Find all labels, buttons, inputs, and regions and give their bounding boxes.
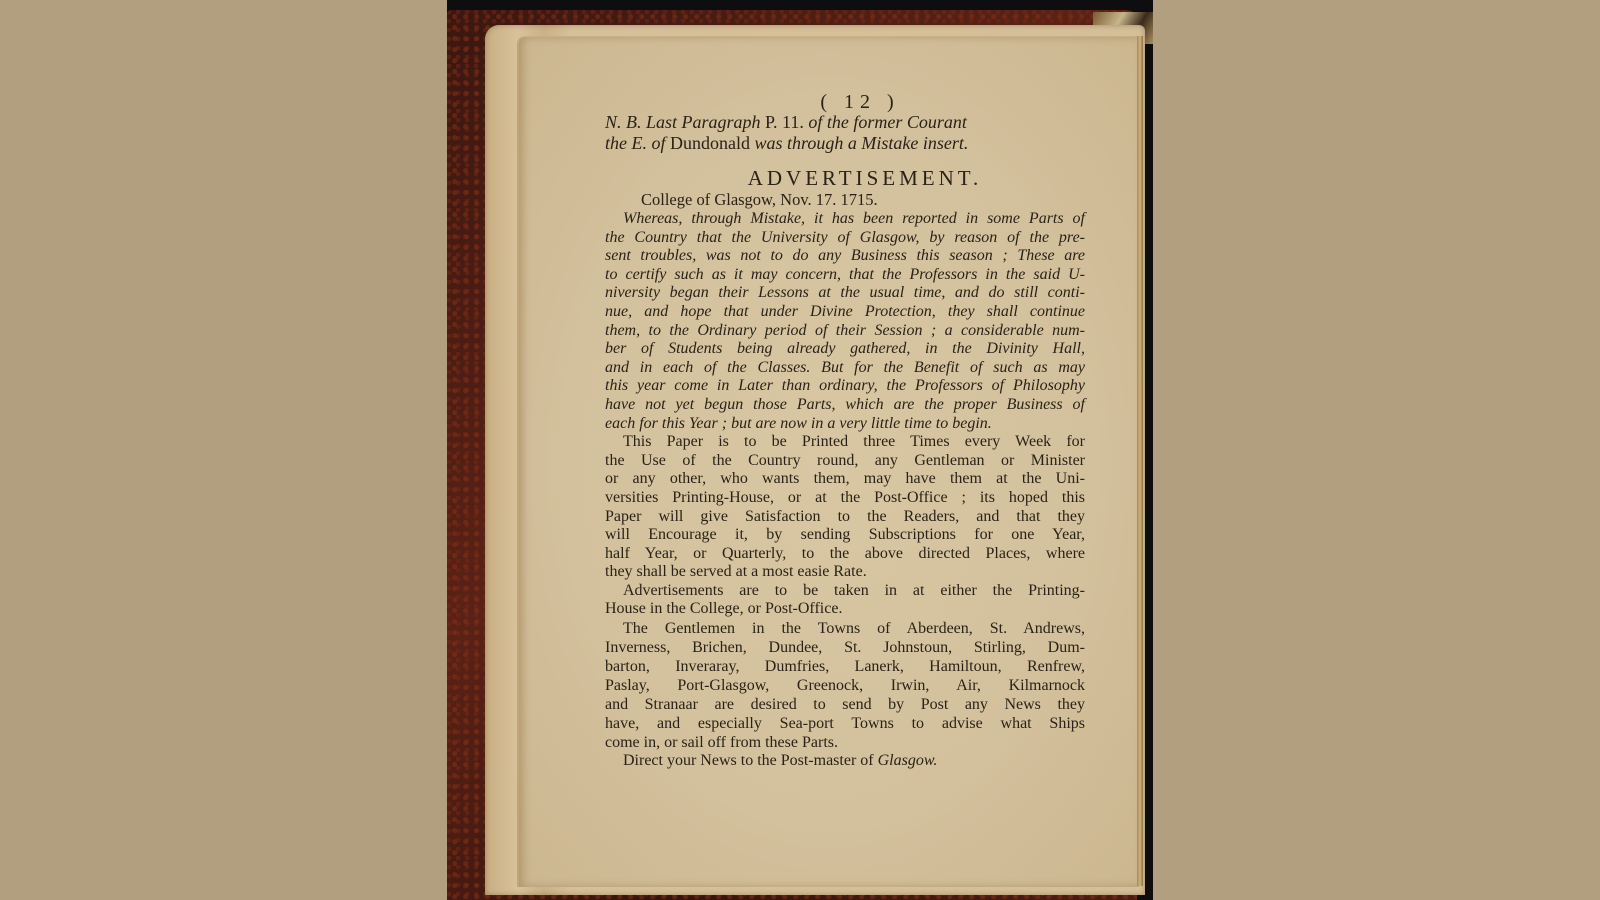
text-line: ber of Students being already gathered, … — [605, 340, 1085, 359]
text-line: half Year, or Quarterly, to the above di… — [605, 545, 1085, 564]
text-line: sent troubles, was not to do any Busines… — [605, 247, 1085, 266]
paragraph-printing-schedule: This Paper is to be Printed three Times … — [605, 433, 1085, 582]
text-line: This Paper is to be Printed three Times … — [605, 433, 1085, 452]
closing-line: Direct your News to the Post-master of G… — [605, 752, 1085, 771]
text-line: Inverness, Brichen, Dundee, St. Johnstou… — [605, 638, 1085, 657]
text-line: to certify such as it may concern, that … — [605, 266, 1085, 285]
nb-line-2: the E. of Dundonald was through a Mistak… — [605, 133, 1085, 154]
text-line: nue, and hope that under Divine Protecti… — [605, 303, 1085, 322]
nota-bene: N. B. Last Paragraph P. 11. of the forme… — [605, 112, 1085, 154]
text-line: or any other, who wants them, may have t… — [605, 470, 1085, 489]
text-line: the Use of the Country round, any Gentle… — [605, 452, 1085, 471]
document-viewer: ( 12 ) N. B. Last Paragraph P. 11. of th… — [0, 0, 1600, 900]
text-line: come in, or sail off from these Parts. — [605, 733, 1085, 752]
nb-text: of the former Courant — [808, 112, 967, 132]
text-line: have, and especially Sea-port Towns to a… — [605, 714, 1085, 733]
text-line: Paper will give Satisfaction to the Read… — [605, 508, 1085, 527]
text-line: niversity began their Lessons at the usu… — [605, 284, 1085, 303]
paragraph-university-notice: Whereas, through Mistake, it has been re… — [605, 210, 1085, 433]
text-line: House in the College, or Post-Office. — [605, 600, 1085, 619]
text-line: this year come in Later than ordinary, t… — [605, 377, 1085, 396]
closing-text: Direct your News to the Post-master of — [623, 752, 878, 769]
nb-text: N. B. Last Paragraph — [605, 112, 761, 132]
text-line: Advertisements are to be taken in at eit… — [605, 582, 1085, 601]
page-edge — [1137, 36, 1143, 886]
text-line: the Country that the University of Glasg… — [605, 229, 1085, 248]
text-line: Paslay, Port-Glasgow, Greenock, Irwin, A… — [605, 676, 1085, 695]
text-line: versities Printing-House, or at the Post… — [605, 489, 1085, 508]
text-line: The Gentlemen in the Towns of Aberdeen, … — [605, 619, 1085, 638]
advertisement-heading: ADVERTISEMENT. — [645, 166, 1085, 190]
page-text: ( 12 ) N. B. Last Paragraph P. 11. of th… — [605, 92, 1085, 771]
text-line: them, to the Ordinary period of their Se… — [605, 322, 1085, 341]
nb-text: the E. of — [605, 133, 670, 153]
nb-line-1: N. B. Last Paragraph P. 11. of the forme… — [605, 112, 1085, 133]
text-line: and in each of the Classes. But for the … — [605, 359, 1085, 378]
dateline: College of Glasgow, Nov. 17. 1715. — [641, 190, 1085, 210]
text-line: each for this Year ; but are now in a ve… — [605, 415, 1085, 434]
text-line: have not yet begun those Parts, which ar… — [605, 396, 1085, 415]
nb-text: P. 11. — [761, 112, 809, 132]
paragraph-gentlemen-towns: The Gentlemen in the Towns of Aberdeen, … — [605, 619, 1085, 752]
nb-text: Dundonald — [670, 133, 750, 153]
text-line: Whereas, through Mistake, it has been re… — [605, 210, 1085, 229]
text-line: they shall be served at a most easie Rat… — [605, 563, 1085, 582]
nb-text: was through a Mistake insert. — [750, 133, 968, 153]
text-line: barton, Inveraray, Dumfries, Lanerk, Ham… — [605, 657, 1085, 676]
page-number: ( 12 ) — [635, 92, 1085, 112]
closing-text-italic: Glasgow. — [878, 752, 938, 769]
paragraph-advertisements: Advertisements are to be taken in at eit… — [605, 582, 1085, 619]
text-line: will Encourage it, by sending Subscripti… — [605, 526, 1085, 545]
text-line: and Stranaar are desired to send by Post… — [605, 695, 1085, 714]
scanned-book-page: ( 12 ) N. B. Last Paragraph P. 11. of th… — [447, 0, 1153, 900]
